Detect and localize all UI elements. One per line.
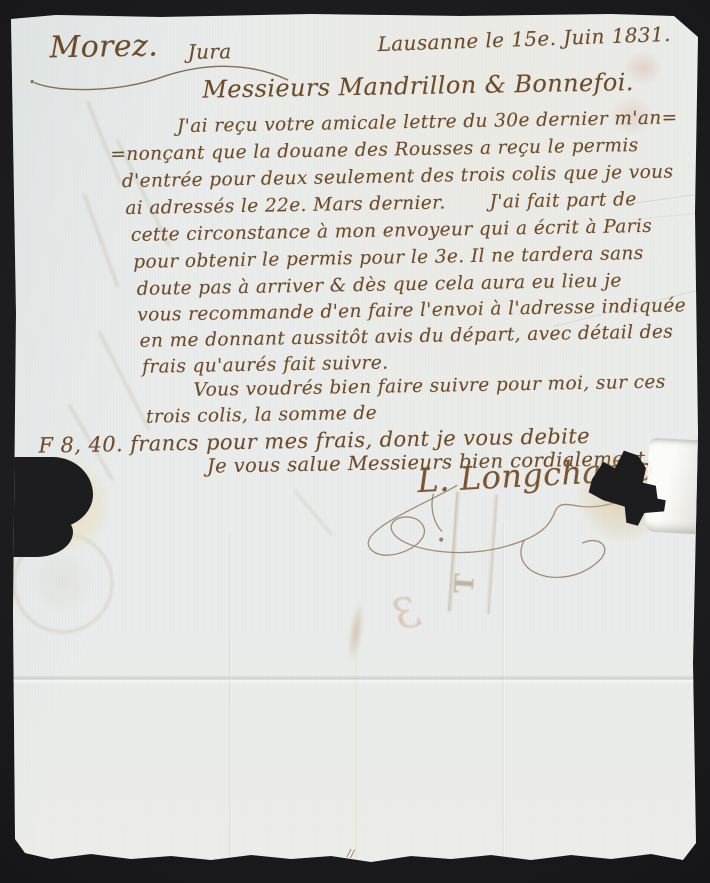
letter-sheet: Morez. Jura Lausanne le 15e. Juin 1831. … <box>11 13 698 866</box>
body-line: Vous voudrés bien faire suivre pour moi,… <box>193 372 665 401</box>
body-line: trois colis, la somme de <box>146 403 377 428</box>
body-line: pour obtenir le permis pour le 3e. Il ne… <box>133 243 644 273</box>
body-line: cette circonstance à mon envoyeur qui a … <box>131 216 653 246</box>
body-line: frais qu'aurés fait suivre. <box>142 352 389 377</box>
body-line: J'ai reçu votre amicale lettre du 30e de… <box>177 107 678 137</box>
body-line: doute pas à arriver & dès que cela aura … <box>137 270 622 299</box>
transit-frame-stamp: T <box>448 492 498 615</box>
origin-city: Morez. <box>49 28 158 65</box>
salutation: Messieurs Mandrillon & Bonnefoi. <box>202 68 634 104</box>
body-line: en me donnant aussitôt avis du départ, a… <box>140 321 674 351</box>
body-line: =nonçant que la douane des Rousses a reç… <box>110 135 639 165</box>
body-line: vous recommande d'en faire l'envoi à l'a… <box>137 295 686 326</box>
transit-stamp-letter: T <box>450 573 481 594</box>
body-line: d'entrée pour deux seulement des trois c… <box>122 161 674 192</box>
body-line: ai adressés le 22e. Mars dernier. J'ai f… <box>125 189 637 219</box>
letter-scan-background: Morez. Jura Lausanne le 15e. Juin 1831. … <box>0 0 710 883</box>
dateline: Lausanne le 15e. Juin 1831. <box>377 22 671 56</box>
origin-region: Jura <box>187 39 231 64</box>
